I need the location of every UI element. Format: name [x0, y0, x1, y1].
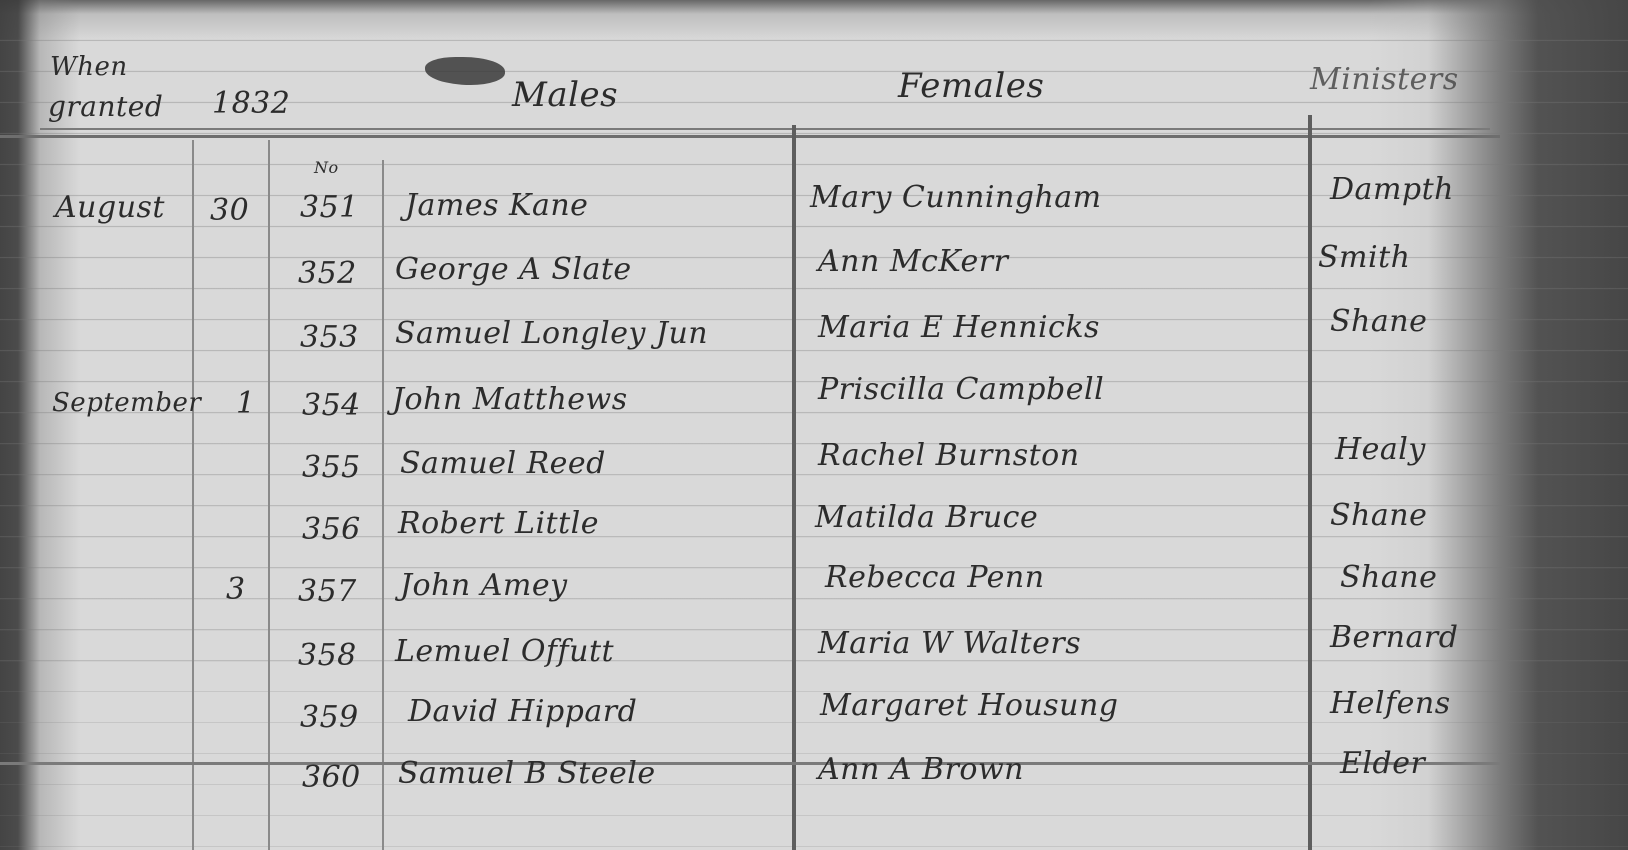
row-female: Margaret Housung: [820, 688, 1119, 723]
row-female: Rachel Burnston: [818, 438, 1080, 473]
row-number: 358: [298, 638, 357, 673]
header-rule-top: [40, 128, 1490, 130]
row-female: Matilda Bruce: [815, 500, 1038, 535]
row-minister: Dampth: [1330, 172, 1454, 207]
row-minister: Shane: [1330, 304, 1427, 339]
row-number: 354: [302, 388, 361, 423]
row-number: 353: [300, 320, 359, 355]
row-month: August: [55, 190, 165, 225]
row-male: Samuel B Steele: [398, 756, 656, 791]
row-number: 352: [298, 256, 357, 291]
header-females: Females: [898, 66, 1044, 106]
ink-blot: [425, 57, 505, 85]
row-minister: Elder: [1340, 746, 1425, 781]
number-label: No: [314, 158, 339, 177]
header-males: Males: [512, 75, 618, 115]
section-rule: [0, 762, 1500, 765]
row-minister: Shane: [1340, 560, 1437, 595]
row-number: 351: [300, 190, 359, 225]
row-minister: Bernard: [1330, 620, 1458, 655]
row-day: 1: [236, 386, 256, 421]
row-number: 357: [298, 574, 357, 609]
header-when: When: [50, 52, 128, 82]
header-year: 1832: [212, 86, 290, 121]
column-divider-number: [268, 140, 270, 850]
row-day: 30: [210, 193, 249, 228]
column-divider-males: [382, 160, 384, 850]
row-female: Mary Cunningham: [810, 180, 1102, 215]
row-minister: Shane: [1330, 498, 1427, 533]
row-male: Lemuel Offutt: [395, 634, 614, 669]
row-female: Ann McKerr: [818, 244, 1008, 279]
ledger-page: When granted 1832 Males Females Minister…: [0, 0, 1628, 850]
row-day: 3: [226, 572, 246, 607]
header-ministers: Ministers: [1310, 62, 1459, 97]
column-divider-females: [792, 125, 796, 850]
row-minister: Helfens: [1330, 686, 1451, 721]
row-month: September: [52, 388, 201, 418]
row-male: George A Slate: [395, 252, 632, 287]
header-rule: [0, 135, 1500, 138]
row-male: John Amey: [400, 568, 568, 603]
row-male: Robert Little: [398, 506, 599, 541]
row-minister: Smith: [1318, 240, 1410, 275]
row-female: Rebecca Penn: [825, 560, 1045, 595]
header-granted: granted: [48, 90, 163, 123]
row-number: 360: [302, 760, 361, 795]
row-male: Samuel Longley Jun: [395, 316, 708, 351]
row-male: Samuel Reed: [400, 446, 606, 481]
column-divider-ministers: [1308, 115, 1312, 850]
row-male: James Kane: [405, 188, 588, 223]
row-number: 356: [302, 512, 361, 547]
column-divider-day: [192, 140, 194, 850]
row-male: John Matthews: [392, 382, 628, 417]
row-male: David Hippard: [408, 694, 637, 729]
row-number: 355: [302, 450, 361, 485]
row-female: Priscilla Campbell: [818, 372, 1104, 407]
row-female: Ann A Brown: [818, 752, 1024, 787]
row-female: Maria E Hennicks: [818, 310, 1100, 345]
row-minister: Healy: [1335, 432, 1426, 467]
row-number: 359: [300, 700, 359, 735]
row-female: Maria W Walters: [818, 626, 1081, 661]
